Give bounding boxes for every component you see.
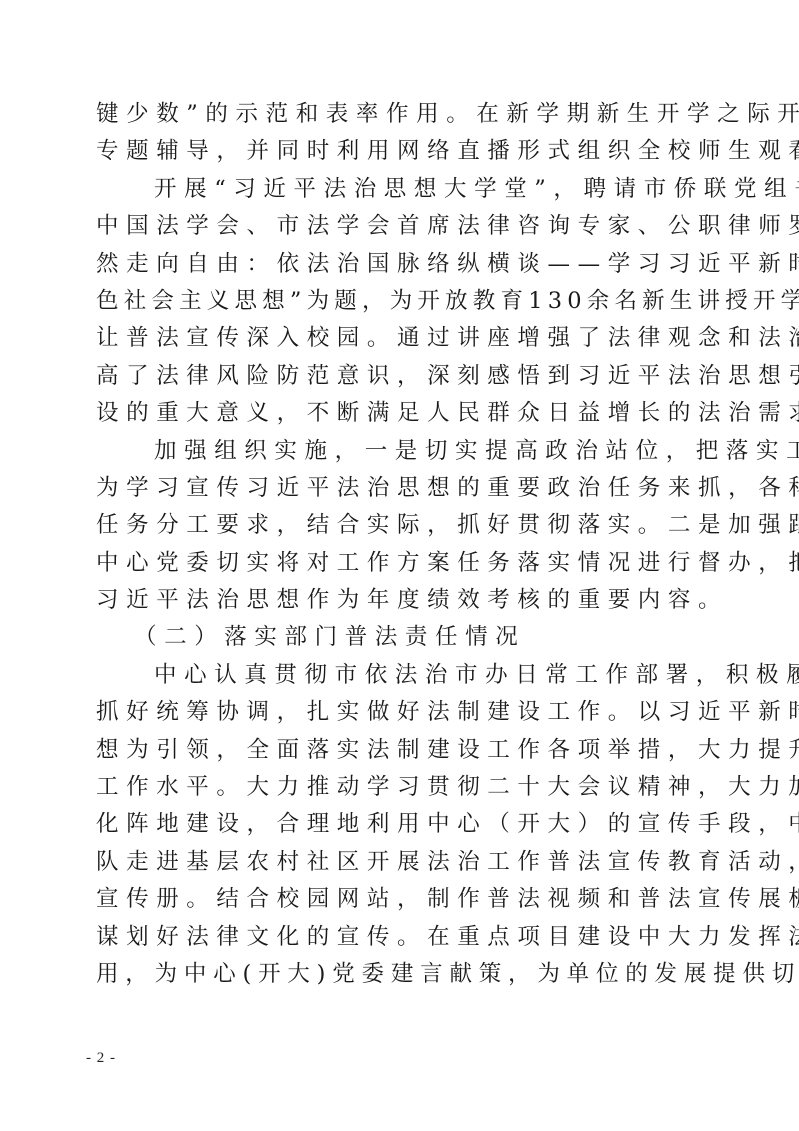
paragraph-start-line: 中心认真贯彻市依法治市办日常工作部署，积极履行职责， (96, 657, 708, 694)
text-line: 为学习宣传习近平法治思想的重要政治任务来抓，各科室要按照 (96, 470, 708, 507)
paragraph-start-line: 加强组织实施，一是切实提高政治站位，把落实工作方案作 (96, 433, 708, 470)
text-line: 设的重大意义，不断满足人民群众日益增长的法治需求。 (96, 395, 708, 432)
text-line: 宣传册。结合校园网站，制作普法视频和普法宣传展板，科学地 (96, 881, 708, 918)
text-line: 然走向自由：依法治国脉络纵横谈——学习习近平新时代中国特 (96, 246, 708, 283)
text-line: 专题辅导，并同时利用网络直播形式组织全校师生观看法治课。 (96, 133, 708, 170)
text-line: 谋划好法律文化的宣传。在重点项目建设中大力发挥法律顾问作 (96, 919, 708, 956)
text-line: 队走进基层农村社区开展法治工作普法宣传教育活动，发放普法 (96, 844, 708, 881)
text-line: 中心党委切实将对工作方案任务落实情况进行督办，把学习贯彻 (96, 545, 708, 582)
section-heading: （二）落实部门普法责任情况 (96, 619, 708, 656)
page-number: - 2 - (86, 1050, 116, 1067)
text-line: 化阵地建设，合理地利用中心（开大）的宣传手段，中心领导带 (96, 806, 708, 843)
text-line: 想为引领，全面落实法制建设工作各项举措，大力提升法制建设 (96, 732, 708, 769)
text-line: 高了法律风险防范意识，深刻感悟到习近平法治思想引领法治建 (96, 358, 708, 395)
text-line: 习近平法治思想作为年度绩效考核的重要内容。 (96, 582, 708, 619)
text-line: 色社会主义思想”为题，为开放教育130余名新生讲授开学第一课， (96, 283, 708, 320)
paragraph-start-line: 开展“习近平法治思想大学堂”，聘请市侨联党组书记、主席、 (96, 171, 708, 208)
text-line: 用，为中心(开大)党委建言献策，为单位的发展提供切实可行的合 (96, 956, 708, 993)
text-line: 键少数”的示范和表率作用。在新学期新生开学之际开展法治思想 (96, 96, 708, 133)
text-line: 工作水平。大力推动学习贯彻二十大会议精神，大力加强法治文 (96, 769, 708, 806)
text-line: 中国法学会、市法学会首席法律咨询专家、公职律师罗忠以“从必 (96, 208, 708, 245)
text-line: 让普法宣传深入校园。通过讲座增强了法律观念和法治思维，提 (96, 320, 708, 357)
document-page: 键少数”的示范和表率作用。在新学期新生开学之际开展法治思想 专题辅导，并同时利用… (0, 0, 799, 1131)
text-line: 任务分工要求，结合实际，抓好贯彻落实。二是加强跟踪问效， (96, 507, 708, 544)
document-body: 键少数”的示范和表率作用。在新学期新生开学之际开展法治思想 专题辅导，并同时利用… (96, 96, 708, 993)
text-line: 抓好统筹协调，扎实做好法制建设工作。以习近平新时代法治思 (96, 694, 708, 731)
